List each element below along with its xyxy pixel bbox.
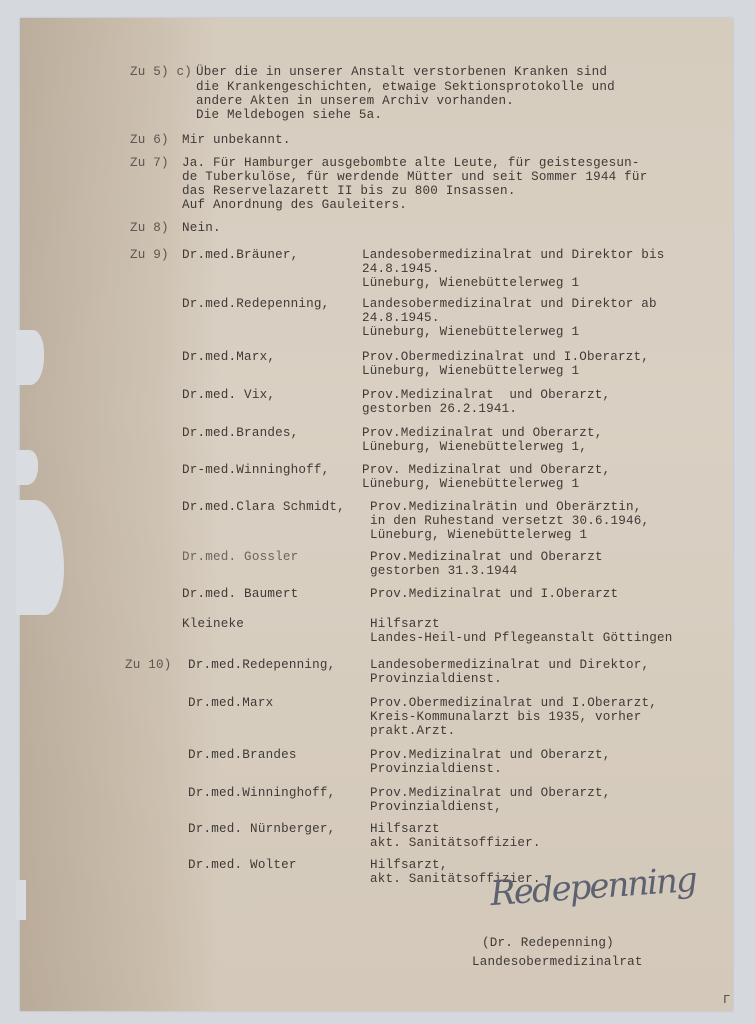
item-label: Zu 6) [130,133,169,148]
person-name: Dr.med. Vix, [182,388,275,403]
person-detail: Lüneburg, Wienebüttelerweg 1 [362,276,579,291]
person-name: Dr.med. Nürnberger, [188,822,335,837]
person-detail: Prov.Medizinalrat und Oberarzt, [362,388,610,403]
person-detail: 24.8.1945. [362,262,440,277]
person-detail: Provinzialdienst. [370,672,502,687]
person-detail: Prov.Medizinalrat und Oberarzt, [362,426,602,441]
person-name: Kleineke [182,617,244,632]
person-detail: Prov.Medizinalrat und Oberarzt, [370,786,610,801]
person-detail: Kreis-Kommunalarzt bis 1935, vorher [370,710,642,725]
item-label: Zu 5) c) [130,65,192,80]
text-line: Nein. [182,221,221,236]
person-detail: Landesobermedizinalrat und Direktor ab [362,297,657,312]
person-detail: Lüneburg, Wienebüttelerweg 1 [362,477,579,492]
person-name: Dr-med.Winninghoff, [182,463,329,478]
item-label: Zu 7) [130,156,169,171]
person-detail: Provinzialdienst. [370,762,502,777]
person-name: Dr.med.Bräuner, [182,248,298,263]
person-detail: Prov.Medizinalrätin und Oberärztin, [370,500,642,515]
person-detail: Landesobermedizinalrat und Direktor, [370,658,649,673]
person-detail: Landesobermedizinalrat und Direktor bis [362,248,665,263]
text-line: Die Meldebogen siehe 5a. [196,108,382,123]
person-name: Dr.med.Brandes, [182,426,298,441]
text-line: Ja. Für Hamburger ausgebombte alte Leute… [182,156,640,171]
person-detail: gestorben 31.3.1944 [370,564,517,579]
person-detail: Lüneburg, Wienebüttelerweg 1 [370,528,587,543]
handwritten-signature: Redepenning [490,873,696,902]
person-detail: Hilfsarzt [370,617,440,632]
person-detail: Prov.Medizinalrat und Oberarzt [370,550,603,565]
person-name: Dr.med. Wolter [188,858,297,873]
text-line: de Tuberkulöse, für werdende Mütter und … [182,170,647,185]
person-detail: gestorben 26.2.1941. [362,402,517,417]
person-name: Dr.med.Marx [188,696,273,711]
text-line: andere Akten in unserem Archiv vorhanden… [196,94,514,109]
person-name: Dr.med. Baumert [182,587,298,602]
text-line: das Reservelazarett II bis zu 800 Insass… [182,184,516,199]
text-line: Mir unbekannt. [182,133,291,148]
person-detail: prakt.Arzt. [370,724,455,739]
person-detail: Prov.Obermedizinalrat und I.Oberarzt, [362,350,649,365]
text-line: Auf Anordnung des Gauleiters. [182,198,407,213]
person-detail: Lüneburg, Wienebüttelerweg 1 [362,325,579,340]
text-line: Über die in unserer Anstalt verstorbenen… [196,65,607,80]
person-detail: akt. Sanitätsoffizier. [370,836,541,851]
person-name: Dr.med.Brandes [188,748,297,763]
person-name: Dr.med.Winninghoff, [188,786,335,801]
person-detail: Lüneburg, Wienebüttelerweg 1 [362,364,579,379]
person-name: Dr.med. Gossler [182,550,298,565]
signatory-title: Landesobermedizinalrat [472,955,643,970]
corner-mark: Γ [723,993,730,1008]
person-name: Dr.med.Marx, [182,350,275,365]
text-line: die Krankengeschichten, etwaige Sektions… [196,80,615,95]
person-detail: Hilfsarzt [370,822,440,837]
person-detail: in den Ruhestand versetzt 30.6.1946, [370,514,649,529]
person-name: Dr.med.Redepenning, [182,297,329,312]
person-detail: Provinzialdienst, [370,800,502,815]
section-label: Zu 9) [130,248,169,263]
person-name: Dr.med.Redepenning, [188,658,335,673]
person-detail: Prov.Obermedizinalrat und I.Oberarzt, [370,696,657,711]
person-name: Dr.med.Clara Schmidt, [182,500,345,515]
signatory-name: (Dr. Redepenning) [482,936,614,951]
person-detail: 24.8.1945. [362,311,440,326]
person-detail: Hilfsarzt, [370,858,448,873]
person-detail: Prov.Medizinalrat und I.Oberarzt [370,587,618,602]
person-detail: Prov. Medizinalrat und Oberarzt, [362,463,610,478]
item-label: Zu 8) [130,221,169,236]
person-detail: Lüneburg, Wienebüttelerweg 1, [362,440,587,455]
person-detail: Landes-Heil-und Pflegeanstalt Göttingen [370,631,673,646]
section-label: Zu 10) [125,658,172,673]
person-detail: Prov.Medizinalrat und Oberarzt, [370,748,610,763]
typed-text: Zu 5) c) Über die in unserer Anstalt ver… [0,0,755,1024]
